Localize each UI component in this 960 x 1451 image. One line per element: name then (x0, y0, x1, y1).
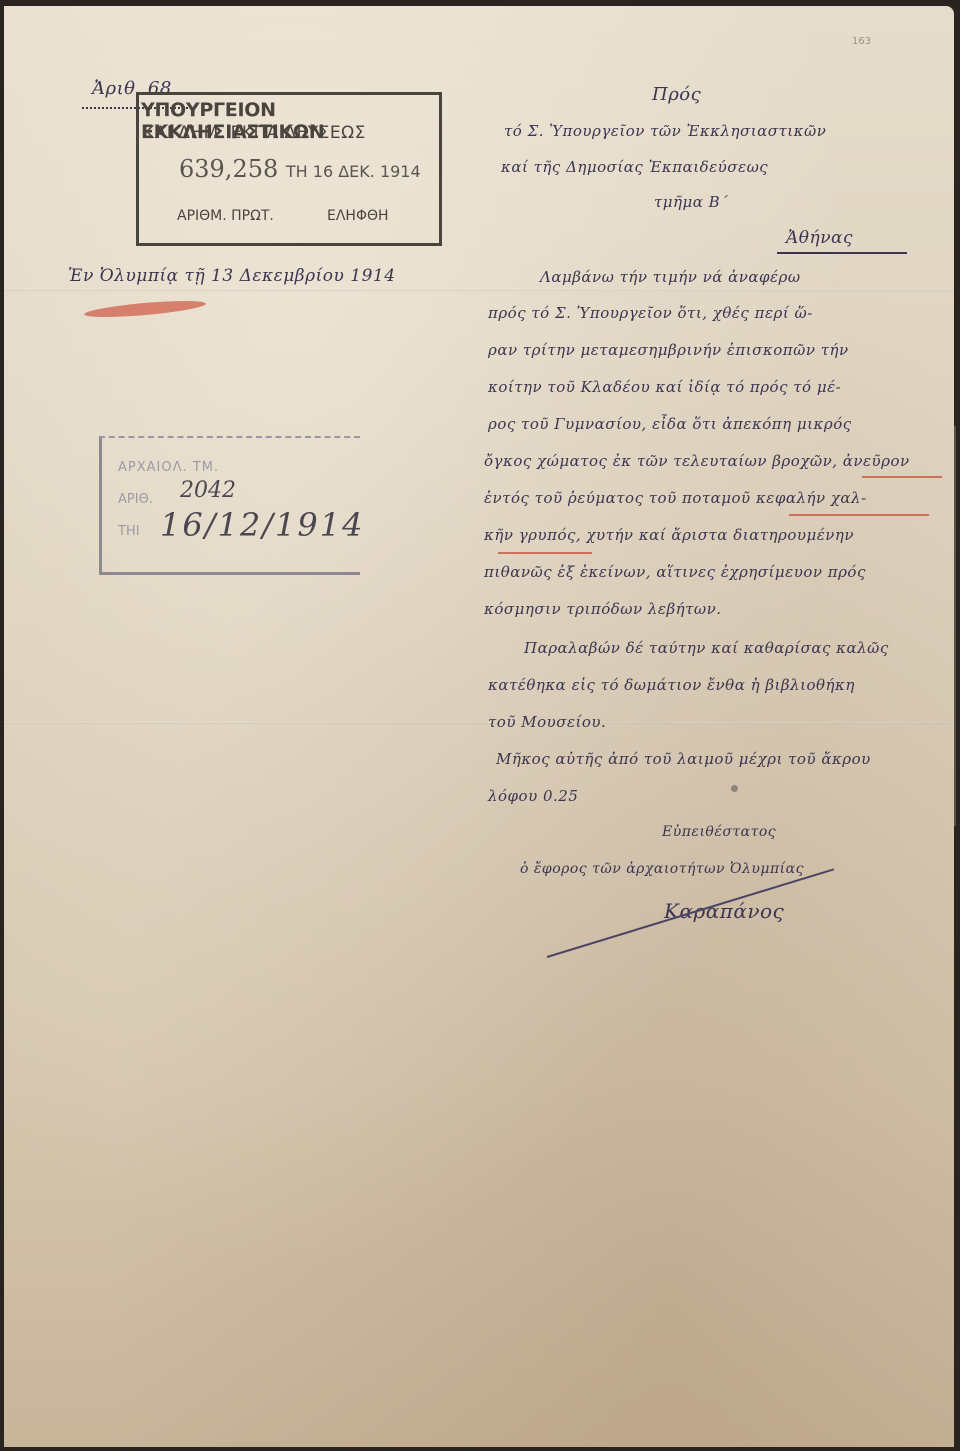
archive-department: ΑΡΧΑΙΟΛ. ΤΜ. (118, 460, 219, 475)
signature-flourish (547, 868, 834, 958)
red-underline (498, 552, 592, 554)
place-date: Ἐν Ὀλυμπίᾳ τῇ 13 Δεκεμβρίου 1914 (68, 266, 396, 286)
body-line: Παραλαβών δέ ταύτην καί καθαρίσας καλῶς (524, 639, 889, 657)
closing-title: ὁ ἔφορος τῶν ἀρχαιοτήτων Ὀλυμπίας (520, 861, 804, 877)
body-line: πιθανῶς ἐξ ἐκείνων, αἵτινες ἐχρησίμευον … (484, 563, 866, 581)
body-line: ὄγκος χώματος ἐκ τῶν τελευταίων βροχῶν, … (484, 452, 910, 470)
stamp-date: ΤΗ 16 ΔΕΚ. 1914 (286, 162, 421, 181)
body-line: κόσμησιν τριπόδων λεβήτων. (484, 600, 722, 618)
body-line: κατέθηκα εἰς τό δωμάτιον ἔνθα ἡ βιβλιοθή… (488, 676, 855, 694)
body-line: κοίτην τοῦ Κλαδέου καί ἰδίᾳ τό πρός τό μ… (488, 378, 841, 396)
stamp-protocol-number: 639,258 (179, 155, 278, 183)
body-line: Λαμβάνω τήν τιμήν νά ἀναφέρω (540, 268, 801, 286)
stamp-number-date: 639,258 ΤΗ 16 ΔΕΚ. 1914 (179, 155, 421, 183)
body-line: ραν τρίτην μεταμεσημβρινήν ἐπισκοπῶν τήν (488, 341, 849, 359)
archive-date-value: 16/12/1914 (160, 506, 364, 544)
red-pencil-mark (84, 298, 207, 321)
page-number: 163 (852, 36, 871, 47)
body-line: ρος τοῦ Γυμνασίου, εἶδα ὅτι ἀπεκόπη μικρ… (488, 415, 852, 433)
stamp-protocol-label: ΑΡΙΘΜ. ΠΡΩΤ. (177, 208, 274, 224)
body-line: πρός τό Σ. Ὑπουργεῖον ὅτι, χθές περί ὥ- (488, 304, 813, 322)
recipient-city: Ἀθήνας (786, 228, 853, 248)
body-line: κῆν γρυπός, χυτήν καί ἄριστα διατηρουμέν… (484, 526, 854, 544)
body-line: τοῦ Μουσείου. (488, 713, 606, 731)
archive-number-label: ΑΡΙΘ. (118, 492, 153, 507)
archive-number-value: 2042 (180, 478, 236, 503)
body-line: Μῆκος αὐτῆς ἀπό τοῦ λαιμοῦ μέχρι τοῦ ἄκρ… (496, 750, 871, 768)
stamp-ministry-line2: ΚΑΙ ΔΗΜ. ΕΚΠΑΙΔΕΥΣΕΩΣ (143, 123, 366, 143)
closing-respect: Εὐπειθέστατος (662, 824, 776, 840)
recipient-pros: Πρός (652, 84, 701, 105)
recipient-line3: τμῆμα Β΄ (654, 193, 728, 211)
archive-stamp: ΑΡΧΑΙΟΛ. ΤΜ. ΑΡΙΘ. 2042 ΤΗΙ 16/12/1914 (99, 436, 360, 575)
recipient-line1: τό Σ. Ὑπουργεῖον τῶν Ἐκκλησιαστικῶν (504, 122, 826, 140)
body-line: λόφου 0.25 (488, 787, 578, 805)
red-underline (789, 514, 929, 516)
page-edge-shadow (954, 426, 956, 826)
fold-line (4, 289, 954, 291)
red-underline (862, 476, 942, 478)
ministry-stamp: ΥΠΟΥΡΓΕΙΟΝ ΕΚΚΛΗΣΙΑΣΤΙΚΩΝ ΚΑΙ ΔΗΜ. ΕΚΠΑΙ… (136, 92, 442, 246)
stamp-received-label: ΕΛΗΦΘΗ (327, 208, 389, 224)
body-line: ἐντός τοῦ ῥεύματος τοῦ ποταμοῦ κεφαλήν χ… (484, 489, 867, 507)
fold-line (4, 722, 954, 724)
city-underline (777, 252, 907, 254)
archive-date-label: ΤΗΙ (118, 524, 140, 539)
ink-spot (731, 785, 738, 792)
recipient-line2: καί τῆς Δημοσίας Ἐκπαιδεύσεως (501, 158, 768, 176)
document-page: 163 Ἀριθ. 68 ΥΠΟΥΡΓΕΙΟΝ ΕΚΚΛΗΣΙΑΣΤΙΚΩΝ Κ… (4, 6, 954, 1447)
